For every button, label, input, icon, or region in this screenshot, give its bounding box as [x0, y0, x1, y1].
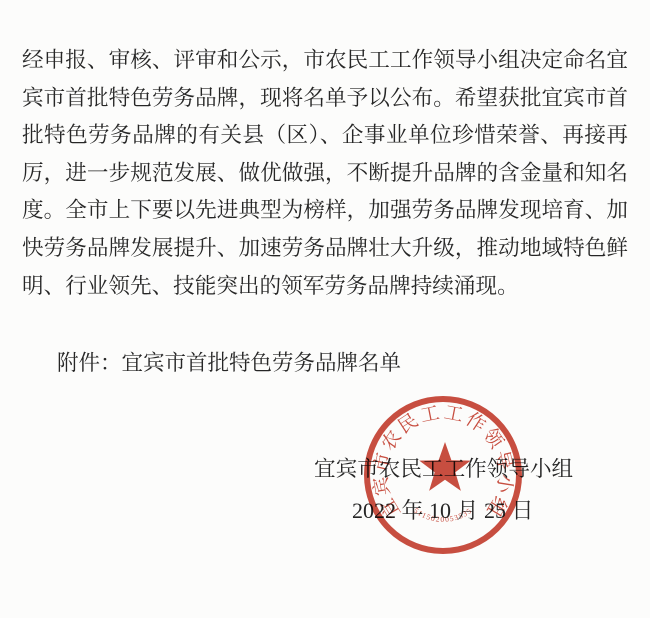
signature-organization: 宜宾市农民工工作领导小组 [314, 454, 573, 484]
body-line: 度。全市上下要以先进典型为榜样，加强劳务品牌发现培育、加 [22, 192, 628, 230]
attachment-line: 附件：宜宾市首批特色劳务品牌名单 [57, 348, 401, 378]
body-paragraph: 经申报、审核、评审和公示，市农民工工作领导小组决定命名宜 宾市首批特色劳务品牌，… [22, 42, 628, 305]
body-line: 明、行业领先、技能突出的领军劳务品牌持续涌现。 [22, 268, 628, 306]
body-line: 厉，进一步规范发展、做优做强，不断提升品牌的含金量和知名 [22, 155, 628, 193]
body-line: 批特色劳务品牌的有关县（区）、企事业单位珍惜荣誉、再接再 [22, 117, 628, 155]
body-line: 经申报、审核、评审和公示，市农民工工作领导小组决定命名宜 [22, 42, 628, 80]
body-line: 快劳务品牌发展提升、加速劳务品牌壮大升级，推动地域特色鲜 [22, 230, 628, 268]
document-page: 经申报、审核、评审和公示，市农民工工作领导小组决定命名宜 宾市首批特色劳务品牌，… [0, 0, 650, 618]
body-line: 宾市首批特色劳务品牌，现将名单予以公布。希望获批宜宾市首 [22, 80, 628, 118]
signature-date: 2022 年 10 月 25 日 [352, 496, 534, 526]
